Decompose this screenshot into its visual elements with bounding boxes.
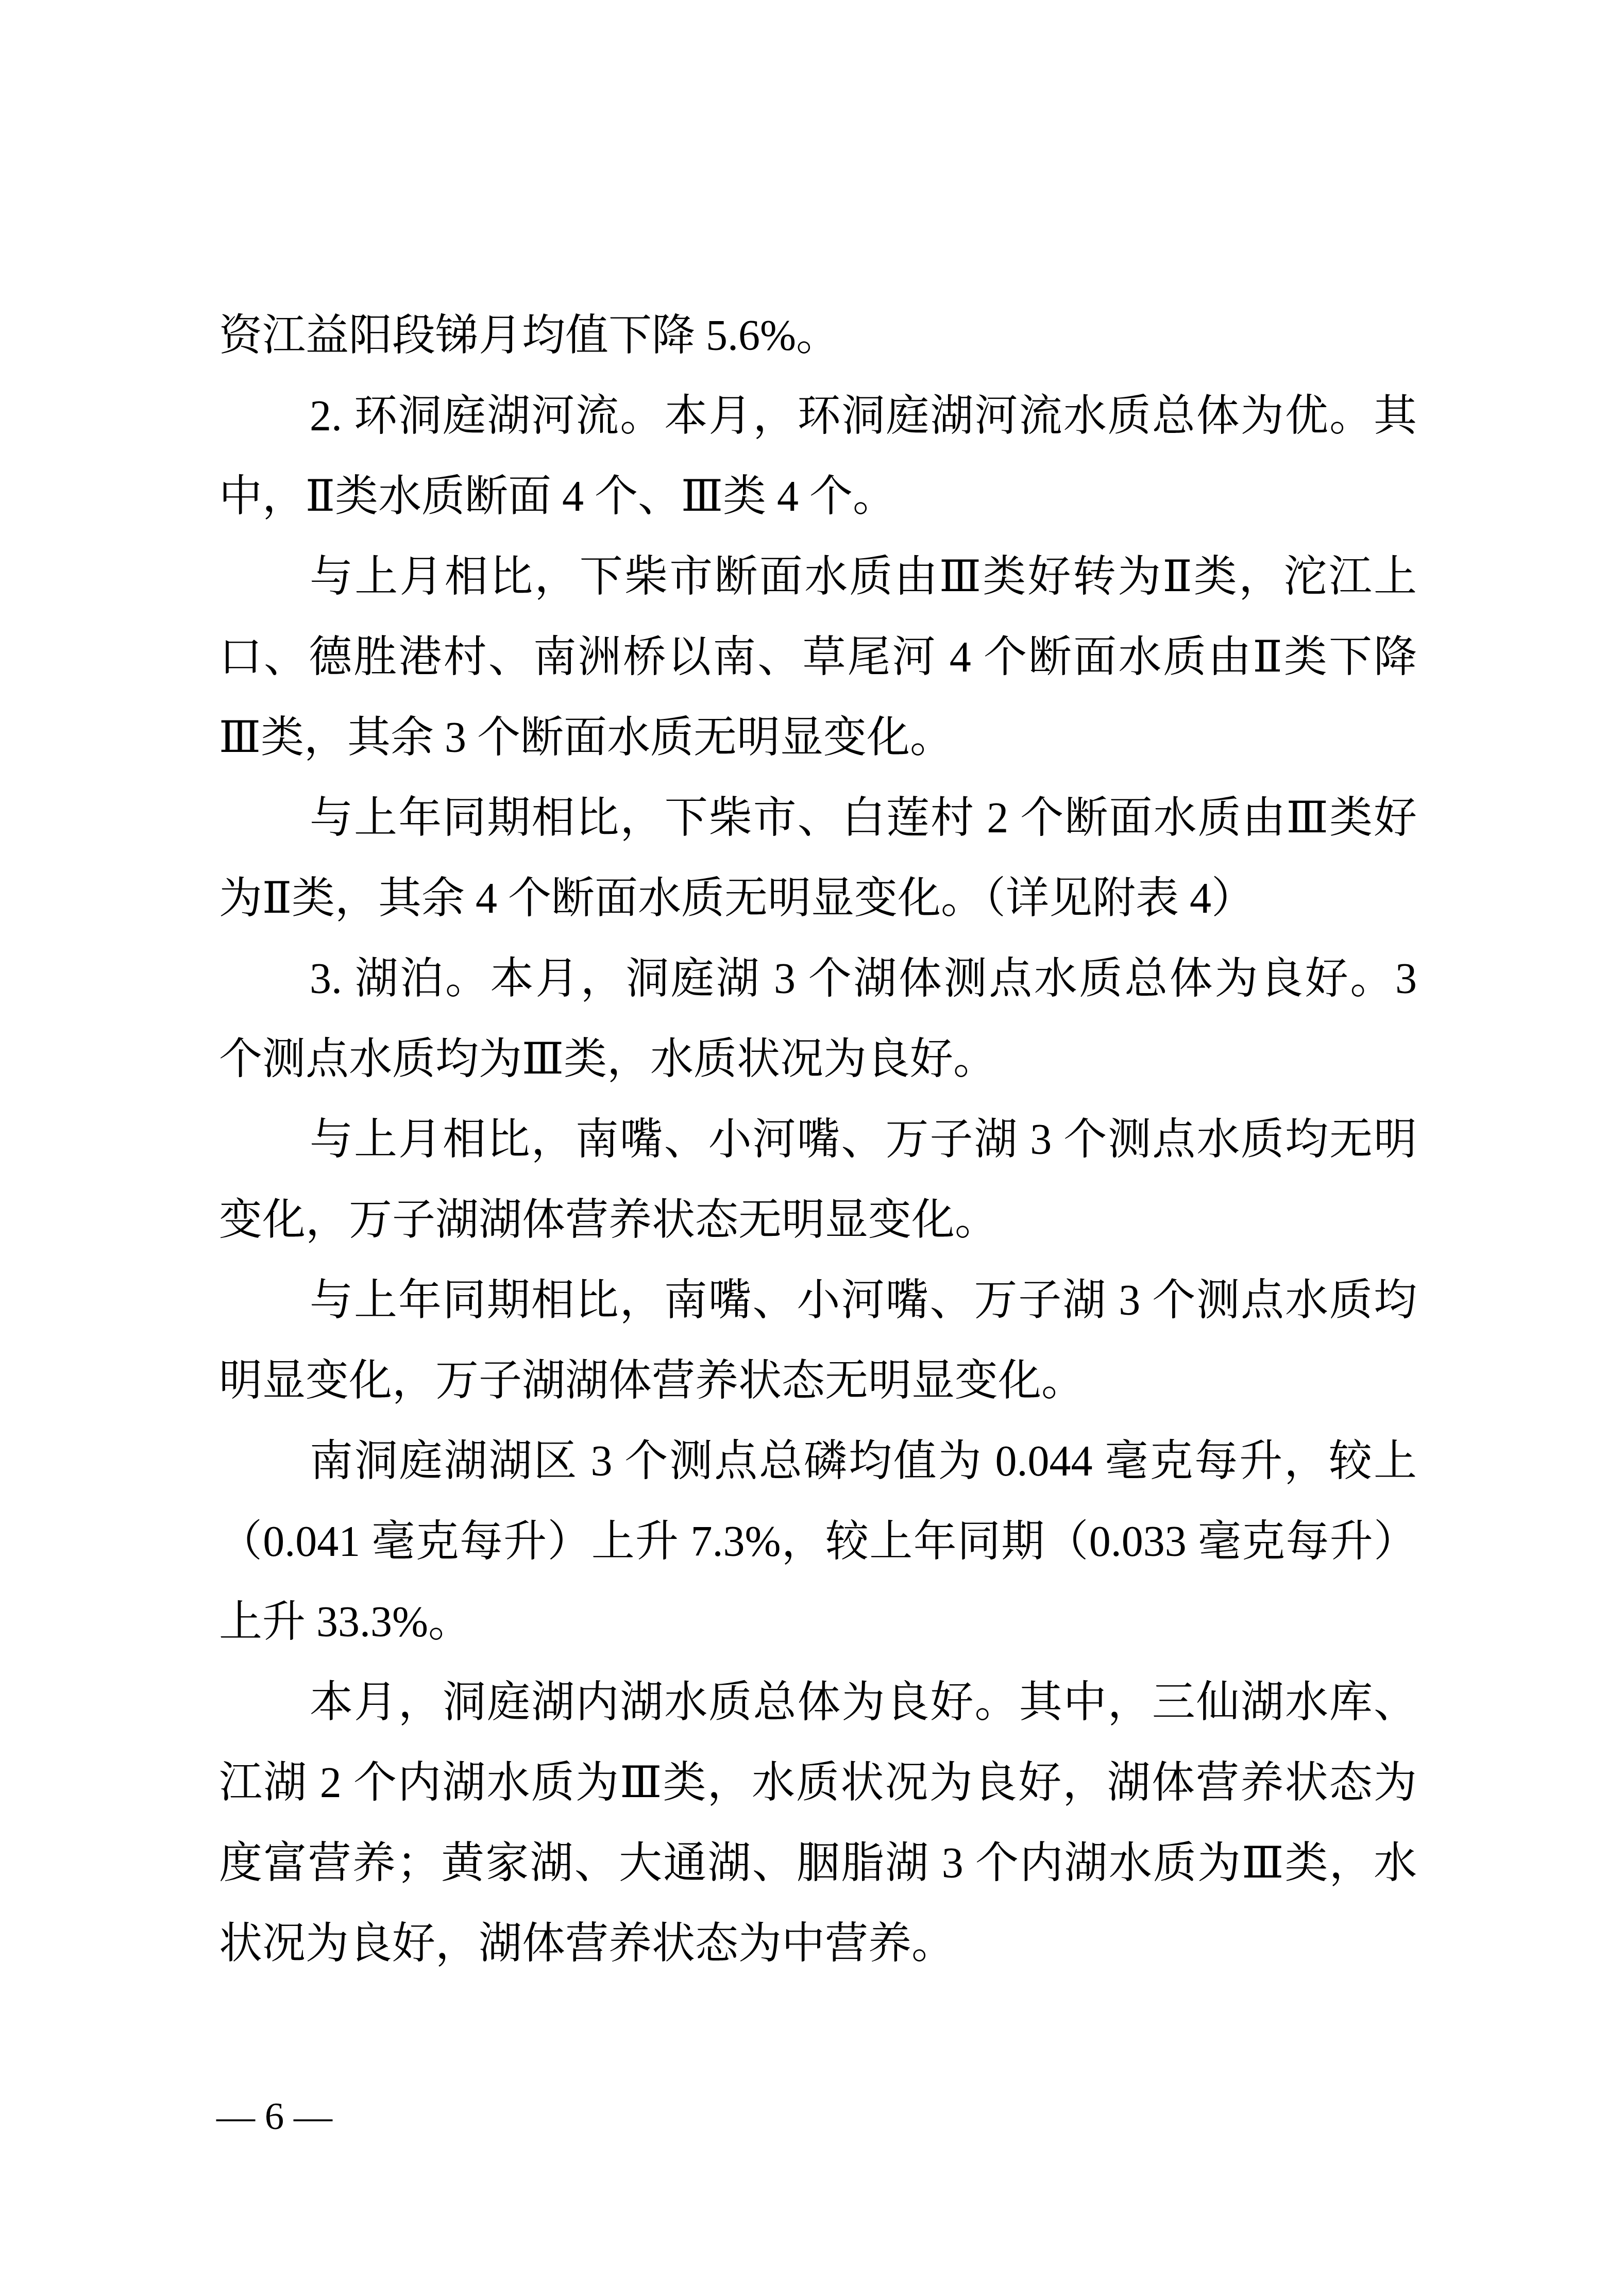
text-line: 南洞庭湖湖区 3 个测点总磷均值为 0.044 毫克每升，较上月	[219, 1421, 1417, 1502]
text-line: 明显变化，万子湖湖体营养状态无明显变化。	[219, 1341, 1417, 1421]
text-line: 中，Ⅱ类水质断面 4 个、Ⅲ类 4 个。	[219, 457, 1417, 537]
text-line: （0.041 毫克每升）上升 7.3%，较上年同期（0.033 毫克每升）	[219, 1502, 1417, 1582]
text-line: Ⅲ类，其余 3 个断面水质无明显变化。	[219, 698, 1417, 778]
page-number: — 6 —	[216, 2093, 332, 2140]
text-line: 资江益阳段锑月均值下降 5.6%。	[219, 296, 1417, 376]
body-text: 资江益阳段锑月均值下降 5.6%。2. 环洞庭湖河流。本月，环洞庭湖河流水质总体…	[219, 296, 1417, 1984]
text-line: 与上月相比，南嘴、小河嘴、万子湖 3 个测点水质均无明显	[219, 1100, 1417, 1180]
text-line: 江湖 2 个内湖水质为Ⅲ类，水质状况为良好，湖体营养状态为轻	[219, 1743, 1417, 1823]
text-line: 2. 环洞庭湖河流。本月，环洞庭湖河流水质总体为优。其	[219, 376, 1417, 457]
text-line: 个测点水质均为Ⅲ类，水质状况为良好。	[219, 1019, 1417, 1100]
text-line: 与上月相比，下柴市断面水质由Ⅲ类好转为Ⅱ类，沱江上坝	[219, 537, 1417, 617]
text-line: 口、德胜港村、南洲桥以南、草尾河 4 个断面水质由Ⅱ类下降为	[219, 617, 1417, 698]
text-line: 本月，洞庭湖内湖水质总体为良好。其中，三仙湖水库、后	[219, 1663, 1417, 1743]
text-line: 变化，万子湖湖体营养状态无明显变化。	[219, 1180, 1417, 1261]
document-page: 资江益阳段锑月均值下降 5.6%。2. 环洞庭湖河流。本月，环洞庭湖河流水质总体…	[0, 0, 1623, 2296]
text-line: 与上年同期相比，下柴市、白莲村 2 个断面水质由Ⅲ类好转	[219, 778, 1417, 859]
text-line: 3. 湖泊。本月，洞庭湖 3 个湖体测点水质总体为良好。3	[219, 939, 1417, 1019]
text-line: 状况为良好，湖体营养状态为中营养。	[219, 1904, 1417, 1984]
text-line: 为Ⅱ类，其余 4 个断面水质无明显变化。（详见附表 4）	[219, 859, 1417, 939]
text-line: 度富营养；黄家湖、大通湖、胭脂湖 3 个内湖水质为Ⅲ类，水质	[219, 1823, 1417, 1904]
text-line: 与上年同期相比，南嘴、小河嘴、万子湖 3 个测点水质均无	[219, 1261, 1417, 1341]
text-line: 上升 33.3%。	[219, 1582, 1417, 1663]
